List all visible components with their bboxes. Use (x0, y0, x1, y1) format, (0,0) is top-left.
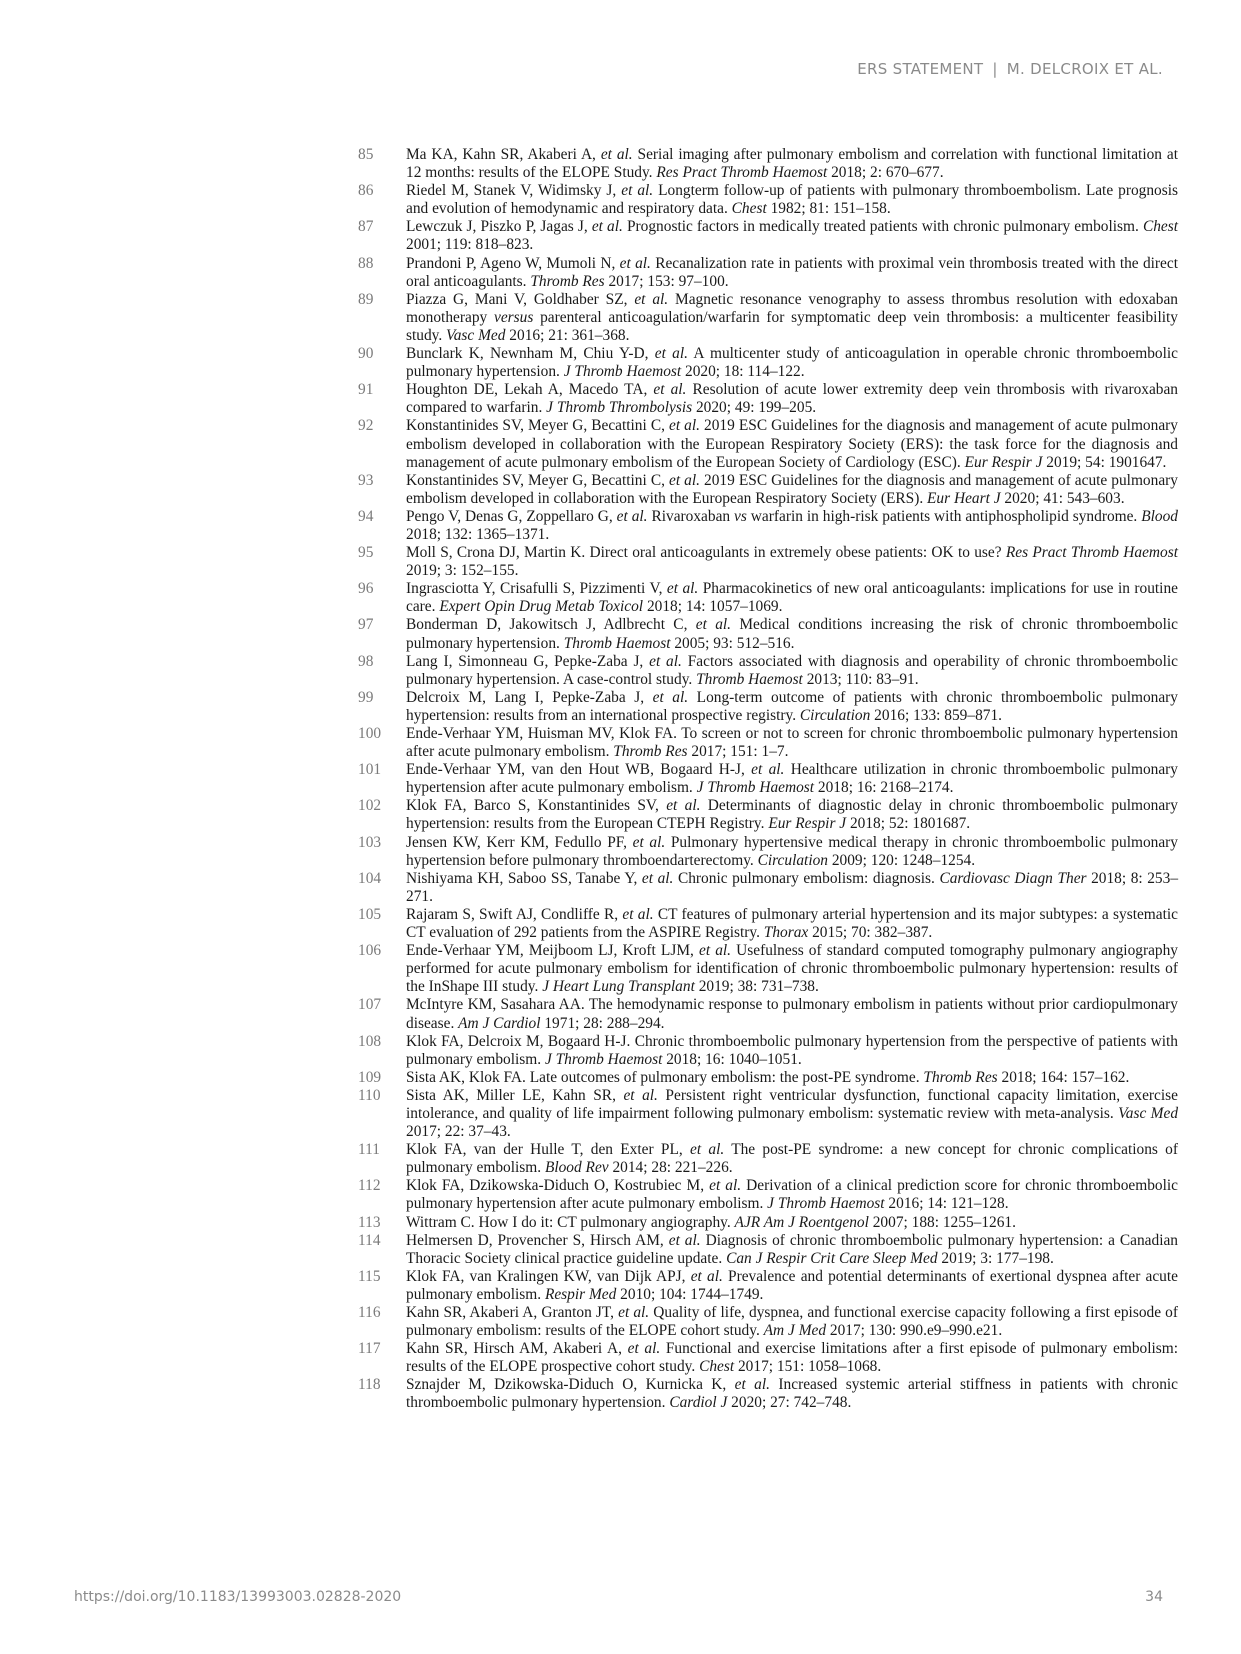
reference-item: 97Bonderman D, Jakowitsch J, Adlbrecht C… (358, 616, 1178, 652)
reference-number: 87 (358, 218, 406, 254)
reference-authors: Pengo V, Denas G, Zoppellaro G, (406, 508, 617, 525)
reference-text: Piazza G, Mani V, Goldhaber SZ, et al. M… (406, 291, 1178, 345)
reference-etal: et al. (620, 255, 651, 272)
reference-journal: J Thromb Thrombolysis (546, 399, 692, 416)
reference-text: Lewczuk J, Piszko P, Jagas J, et al. Pro… (406, 218, 1178, 254)
reference-item: 94Pengo V, Denas G, Zoppellaro G, et al.… (358, 508, 1178, 544)
reference-journal: J Heart Lung Transplant (542, 978, 695, 995)
reference-text: Pengo V, Denas G, Zoppellaro G, et al. R… (406, 508, 1178, 544)
reference-item: 116Kahn SR, Akaberi A, Granton JT, et al… (358, 1304, 1178, 1340)
reference-journal: Can J Respir Crit Care Sleep Med (726, 1250, 937, 1267)
reference-item: 117Kahn SR, Hirsch AM, Akaberi A, et al.… (358, 1340, 1178, 1376)
reference-citation: 2010; 104: 1744–1749. (616, 1286, 763, 1303)
reference-journal: Cardiovasc Diagn Ther (939, 870, 1086, 887)
reference-citation: 2018; 52: 1801687. (846, 815, 970, 832)
reference-number: 115 (358, 1268, 406, 1304)
reference-citation: 2018; 14: 1057–1069. (643, 598, 782, 615)
reference-text: Klok FA, van der Hulle T, den Exter PL, … (406, 1141, 1178, 1177)
reference-citation: 2013; 110: 83–91. (803, 671, 919, 688)
reference-number: 106 (358, 942, 406, 996)
reference-text: Prandoni P, Ageno W, Mumoli N, et al. Re… (406, 255, 1178, 291)
doi-link[interactable]: https://doi.org/10.1183/13993003.02828-2… (74, 1589, 401, 1605)
reference-etal: et al. (751, 761, 784, 778)
reference-authors: Sista AK, Klok FA. (406, 1069, 526, 1086)
reference-number: 99 (358, 689, 406, 725)
reference-authors: Klok FA, van der Hulle T, den Exter PL, (406, 1141, 690, 1158)
reference-text: Nishiyama KH, Saboo SS, Tanabe Y, et al.… (406, 870, 1178, 906)
reference-citation: 2005; 93: 512–516. (670, 635, 794, 652)
reference-item: 101Ende-Verhaar YM, van den Hout WB, Bog… (358, 761, 1178, 797)
reference-journal: J Thromb Haemost (564, 363, 681, 380)
reference-item: 86Riedel M, Stanek V, Widimsky J, et al.… (358, 182, 1178, 218)
reference-citation: 2014; 28: 221–226. (609, 1159, 733, 1176)
reference-text: Jensen KW, Kerr KM, Fedullo PF, et al. P… (406, 834, 1178, 870)
reference-journal: Eur Heart J (927, 490, 1001, 507)
reference-number: 86 (358, 182, 406, 218)
reference-title-cont: warfarin in high-risk patients with anti… (747, 508, 1141, 525)
reference-authors: Wittram C. (406, 1214, 475, 1231)
reference-text: Ingrasciotta Y, Crisafulli S, Pizzimenti… (406, 580, 1178, 616)
reference-citation: 2018; 16: 1040–1051. (662, 1051, 801, 1068)
reference-text: Sznajder M, Dzikowska-Diduch O, Kurnicka… (406, 1376, 1178, 1412)
reference-text: Moll S, Crona DJ, Martin K. Direct oral … (406, 544, 1178, 580)
reference-number: 114 (358, 1232, 406, 1268)
reference-etal: et al. (617, 508, 648, 525)
reference-text: Rajaram S, Swift AJ, Condliffe R, et al.… (406, 906, 1178, 942)
reference-authors: Riedel M, Stanek V, Widimsky J, (406, 182, 621, 199)
reference-citation: 2018; 164: 157–162. (998, 1069, 1130, 1086)
reference-text: Kahn SR, Hirsch AM, Akaberi A, et al. Fu… (406, 1340, 1178, 1376)
reference-number: 113 (358, 1214, 406, 1232)
reference-journal: Res Pract Thromb Haemost (656, 164, 827, 181)
reference-text: Ende-Verhaar YM, Huisman MV, Klok FA. To… (406, 725, 1178, 761)
reference-text: Riedel M, Stanek V, Widimsky J, et al. L… (406, 182, 1178, 218)
reference-text: Helmersen D, Provencher S, Hirsch AM, et… (406, 1232, 1178, 1268)
reference-authors: Helmersen D, Provencher S, Hirsch AM, (406, 1232, 669, 1249)
reference-etal: et al. (669, 417, 700, 434)
reference-number: 103 (358, 834, 406, 870)
reference-citation: 2018; 16: 2168–2174. (814, 779, 953, 796)
reference-title-italic: versus (494, 309, 533, 326)
reference-authors: Prandoni P, Ageno W, Mumoli N, (406, 255, 620, 272)
running-head-section: ERS STATEMENT (857, 60, 983, 78)
reference-authors: Ende-Verhaar YM, Huisman MV, Klok FA. (406, 725, 677, 742)
reference-authors: Klok FA, van Kralingen KW, van Dijk APJ, (406, 1268, 691, 1285)
reference-item: 105Rajaram S, Swift AJ, Condliffe R, et … (358, 906, 1178, 942)
reference-item: 96Ingrasciotta Y, Crisafulli S, Pizzimen… (358, 580, 1178, 616)
reference-number: 89 (358, 291, 406, 345)
reference-authors: Konstantinides SV, Meyer G, Becattini C, (406, 417, 669, 434)
reference-text: Konstantinides SV, Meyer G, Becattini C,… (406, 472, 1178, 508)
reference-item: 92Konstantinides SV, Meyer G, Becattini … (358, 417, 1178, 471)
reference-citation: 2020; 41: 543–603. (1001, 490, 1125, 507)
reference-citation: 2016; 21: 361–368. (505, 327, 629, 344)
reference-authors: Konstantinides SV, Meyer G, Becattini C, (406, 472, 669, 489)
reference-etal: et al. (669, 1232, 701, 1249)
reference-journal: Expert Opin Drug Metab Toxicol (439, 598, 643, 615)
reference-citation: 2017; 151: 1–7. (688, 743, 789, 760)
reference-number: 111 (358, 1141, 406, 1177)
reference-citation: 2019; 3: 152–155. (406, 562, 518, 579)
reference-citation: 2009; 120: 1248–1254. (828, 852, 975, 869)
reference-journal: Thorax (764, 924, 808, 941)
reference-number: 94 (358, 508, 406, 544)
reference-title: Prognostic factors in medically treated … (623, 218, 1143, 235)
reference-journal: Vasc Med (446, 327, 505, 344)
reference-etal: et al. (666, 797, 700, 814)
reference-item: 108Klok FA, Delcroix M, Bogaard H-J. Chr… (358, 1033, 1178, 1069)
reference-etal: et al. (621, 182, 653, 199)
reference-journal: Thromb Res (530, 273, 604, 290)
reference-citation: 2017; 130: 990.e9–990.e21. (826, 1322, 1002, 1339)
reference-etal: et al. (628, 1340, 661, 1357)
reference-authors: Sista AK, Miller LE, Kahn SR, (406, 1087, 623, 1104)
reference-text: Bonderman D, Jakowitsch J, Adlbrecht C, … (406, 616, 1178, 652)
reference-number: 116 (358, 1304, 406, 1340)
running-head: ERS STATEMENT|M. DELCROIX ET AL. (857, 60, 1163, 78)
reference-item: 89Piazza G, Mani V, Goldhaber SZ, et al.… (358, 291, 1178, 345)
reference-number: 108 (358, 1033, 406, 1069)
reference-journal: Chest (732, 200, 767, 217)
reference-item: 103Jensen KW, Kerr KM, Fedullo PF, et al… (358, 834, 1178, 870)
reference-text: Wittram C. How I do it: CT pulmonary ang… (406, 1214, 1178, 1232)
reference-title: Chronic pulmonary embolism: diagnosis. (673, 870, 939, 887)
reference-number: 117 (358, 1340, 406, 1376)
reference-authors: McIntyre KM, Sasahara AA. (406, 996, 585, 1013)
reference-etal: et al. (709, 1177, 741, 1194)
reference-journal: Thromb Res (613, 743, 687, 760)
reference-etal: et al. (653, 381, 686, 398)
reference-etal: et al. (649, 653, 682, 670)
reference-authors: Ende-Verhaar YM, Meijboom LJ, Kroft LJM, (406, 942, 699, 959)
reference-authors: Ingrasciotta Y, Crisafulli S, Pizzimenti… (406, 580, 667, 597)
reference-journal: Circulation (758, 852, 828, 869)
reference-text: Ma KA, Kahn SR, Akaberi A, et al. Serial… (406, 146, 1178, 182)
reference-authors: Lang I, Simonneau G, Pepke-Zaba J, (406, 653, 649, 670)
reference-citation: 2020; 18: 114–122. (681, 363, 804, 380)
reference-journal: Thromb Haemost (696, 671, 803, 688)
reference-number: 105 (358, 906, 406, 942)
reference-number: 100 (358, 725, 406, 761)
reference-journal: Eur Respir J (965, 454, 1043, 471)
reference-text: Sista AK, Klok FA. Late outcomes of pulm… (406, 1069, 1178, 1087)
reference-journal: J Thromb Haemost (545, 1051, 662, 1068)
reference-citation: 1971; 28: 288–294. (541, 1015, 665, 1032)
reference-citation: 2019; 3: 177–198. (938, 1250, 1054, 1267)
reference-item: 115Klok FA, van Kralingen KW, van Dijk A… (358, 1268, 1178, 1304)
reference-text: Klok FA, Dzikowska-Diduch O, Kostrubiec … (406, 1177, 1178, 1213)
reference-title: Late outcomes of pulmonary embolism: the… (526, 1069, 924, 1086)
reference-etal: et al. (655, 345, 688, 362)
reference-etal: et al. (623, 1087, 657, 1104)
reference-number: 93 (358, 472, 406, 508)
reference-citation: 2017; 153: 97–100. (605, 273, 729, 290)
reference-citation: 2017; 22: 37–43. (406, 1123, 511, 1140)
reference-etal: et al. (633, 834, 666, 851)
reference-journal: Res Pract Thromb Haemost (1006, 544, 1178, 561)
reference-citation: 2015; 70: 382–387. (808, 924, 932, 941)
reference-citation: 2016; 14: 121–128. (885, 1195, 1009, 1212)
reference-journal: Am J Cardiol (458, 1015, 540, 1032)
reference-journal: Thromb Haemost (564, 635, 671, 652)
reference-item: 95Moll S, Crona DJ, Martin K. Direct ora… (358, 544, 1178, 580)
reference-citation: 1982; 81: 151–158. (767, 200, 891, 217)
reference-journal: Blood (1141, 508, 1178, 525)
reference-item: 87Lewczuk J, Piszko P, Jagas J, et al. P… (358, 218, 1178, 254)
reference-item: 114Helmersen D, Provencher S, Hirsch AM,… (358, 1232, 1178, 1268)
reference-citation: 2020; 49: 199–205. (692, 399, 816, 416)
reference-journal: Blood Rev (545, 1159, 609, 1176)
reference-item: 110Sista AK, Miller LE, Kahn SR, et al. … (358, 1087, 1178, 1141)
reference-etal: et al. (691, 1268, 723, 1285)
reference-authors: Lewczuk J, Piszko P, Jagas J, (406, 218, 592, 235)
reference-number: 104 (358, 870, 406, 906)
reference-etal: et al. (601, 146, 633, 163)
reference-text: Ende-Verhaar YM, van den Hout WB, Bogaar… (406, 761, 1178, 797)
reference-text: Konstantinides SV, Meyer G, Becattini C,… (406, 417, 1178, 471)
reference-citation: 2016; 133: 859–871. (870, 707, 1002, 724)
reference-etal: et al. (667, 580, 698, 597)
reference-authors: Kahn SR, Akaberi A, Granton JT, (406, 1304, 618, 1321)
reference-title: Direct oral anticoagulants in extremely … (585, 544, 1006, 561)
reference-number: 102 (358, 797, 406, 833)
reference-etal: et al. (642, 870, 674, 887)
reference-number: 91 (358, 381, 406, 417)
reference-text: Klok FA, Delcroix M, Bogaard H-J. Chroni… (406, 1033, 1178, 1069)
reference-item: 106Ende-Verhaar YM, Meijboom LJ, Kroft L… (358, 942, 1178, 996)
reference-etal: et al. (735, 1376, 770, 1393)
reference-item: 104Nishiyama KH, Saboo SS, Tanabe Y, et … (358, 870, 1178, 906)
reference-authors: Nishiyama KH, Saboo SS, Tanabe Y, (406, 870, 642, 887)
reference-authors: Ende-Verhaar YM, van den Hout WB, Bogaar… (406, 761, 751, 778)
reference-citation: 2018; 132: 1365–1371. (406, 526, 549, 543)
reference-journal: Cardiol J (669, 1394, 727, 1411)
reference-authors: Bunclark K, Newnham M, Chiu Y-D, (406, 345, 655, 362)
reference-journal: Chest (699, 1358, 734, 1375)
reference-journal: J Thromb Haemost (767, 1195, 884, 1212)
reference-authors: Kahn SR, Hirsch AM, Akaberi A, (406, 1340, 628, 1357)
reference-text: Bunclark K, Newnham M, Chiu Y-D, et al. … (406, 345, 1178, 381)
reference-item: 118Sznajder M, Dzikowska-Diduch O, Kurni… (358, 1376, 1178, 1412)
reference-authors: Klok FA, Barco S, Konstantinides SV, (406, 797, 666, 814)
reference-item: 111Klok FA, van der Hulle T, den Exter P… (358, 1141, 1178, 1177)
reference-number: 95 (358, 544, 406, 580)
reference-authors: Ma KA, Kahn SR, Akaberi A, (406, 146, 601, 163)
reference-number: 112 (358, 1177, 406, 1213)
reference-item: 93Konstantinides SV, Meyer G, Becattini … (358, 472, 1178, 508)
reference-authors: Sznajder M, Dzikowska-Diduch O, Kurnicka… (406, 1376, 735, 1393)
running-head-separator: | (992, 60, 997, 78)
reference-number: 107 (358, 996, 406, 1032)
reference-journal: Chest (1143, 218, 1178, 235)
reference-text: Klok FA, van Kralingen KW, van Dijk APJ,… (406, 1268, 1178, 1304)
reference-journal: Vasc Med (1118, 1105, 1178, 1122)
reference-title: How I do it: CT pulmonary angiography. (475, 1214, 735, 1231)
reference-item: 113Wittram C. How I do it: CT pulmonary … (358, 1214, 1178, 1232)
reference-journal: Respir Med (545, 1286, 616, 1303)
reference-journal: AJR Am J Roentgenol (735, 1214, 869, 1231)
page-number: 34 (1145, 1589, 1163, 1605)
reference-title: Rivaroxaban (648, 508, 735, 525)
reference-etal: et al. (622, 906, 653, 923)
reference-item: 102Klok FA, Barco S, Konstantinides SV, … (358, 797, 1178, 833)
reference-item: 109Sista AK, Klok FA. Late outcomes of p… (358, 1069, 1178, 1087)
reference-citation: 2019; 38: 731–738. (695, 978, 819, 995)
reference-number: 92 (358, 417, 406, 471)
reference-text: Klok FA, Barco S, Konstantinides SV, et … (406, 797, 1178, 833)
reference-etal: et al. (699, 942, 731, 959)
reference-number: 88 (358, 255, 406, 291)
reference-authors: Rajaram S, Swift AJ, Condliffe R, (406, 906, 622, 923)
reference-citation: 2020; 27: 742–748. (727, 1394, 851, 1411)
reference-text: Delcroix M, Lang I, Pepke-Zaba J, et al.… (406, 689, 1178, 725)
reference-authors: Klok FA, Dzikowska-Diduch O, Kostrubiec … (406, 1177, 709, 1194)
reference-number: 98 (358, 653, 406, 689)
reference-etal: et al. (696, 616, 731, 633)
reference-journal: Am J Med (764, 1322, 826, 1339)
reference-authors: Houghton DE, Lekah A, Macedo TA, (406, 381, 653, 398)
reference-text: Lang I, Simonneau G, Pepke-Zaba J, et al… (406, 653, 1178, 689)
reference-text: Kahn SR, Akaberi A, Granton JT, et al. Q… (406, 1304, 1178, 1340)
reference-number: 97 (358, 616, 406, 652)
reference-authors: Delcroix M, Lang I, Pepke-Zaba J, (406, 689, 653, 706)
reference-citation: 2018; 2: 670–677. (827, 164, 943, 181)
reference-number: 118 (358, 1376, 406, 1412)
reference-title-italic: vs (734, 508, 747, 525)
reference-number: 110 (358, 1087, 406, 1141)
reference-etal: et al. (690, 1141, 724, 1158)
reference-list: 85Ma KA, Kahn SR, Akaberi A, et al. Seri… (358, 146, 1178, 1413)
reference-etal: et al. (634, 291, 668, 308)
reference-etal: et al. (592, 218, 623, 235)
reference-journal: Eur Respir J (768, 815, 846, 832)
reference-authors: Jensen KW, Kerr KM, Fedullo PF, (406, 834, 633, 851)
reference-number: 109 (358, 1069, 406, 1087)
reference-citation: 2019; 54: 1901647. (1042, 454, 1166, 471)
reference-item: 90Bunclark K, Newnham M, Chiu Y-D, et al… (358, 345, 1178, 381)
reference-text: Ende-Verhaar YM, Meijboom LJ, Kroft LJM,… (406, 942, 1178, 996)
reference-item: 88Prandoni P, Ageno W, Mumoli N, et al. … (358, 255, 1178, 291)
reference-item: 85Ma KA, Kahn SR, Akaberi A, et al. Seri… (358, 146, 1178, 182)
reference-citation: 2017; 151: 1058–1068. (734, 1358, 881, 1375)
reference-authors: Klok FA, Delcroix M, Bogaard H-J. (406, 1033, 630, 1050)
reference-authors: Bonderman D, Jakowitsch J, Adlbrecht C, (406, 616, 696, 633)
reference-number: 85 (358, 146, 406, 182)
reference-item: 107McIntyre KM, Sasahara AA. The hemodyn… (358, 996, 1178, 1032)
reference-etal: et al. (653, 689, 688, 706)
reference-text: Sista AK, Miller LE, Kahn SR, et al. Per… (406, 1087, 1178, 1141)
reference-citation: 2001; 119: 818–823. (406, 236, 533, 253)
reference-text: Houghton DE, Lekah A, Macedo TA, et al. … (406, 381, 1178, 417)
reference-text: McIntyre KM, Sasahara AA. The hemodynami… (406, 996, 1178, 1032)
reference-journal: Thromb Res (923, 1069, 997, 1086)
reference-etal: et al. (618, 1304, 649, 1321)
reference-journal: J Thromb Haemost (697, 779, 814, 796)
reference-item: 112Klok FA, Dzikowska-Diduch O, Kostrubi… (358, 1177, 1178, 1213)
reference-item: 100Ende-Verhaar YM, Huisman MV, Klok FA.… (358, 725, 1178, 761)
running-head-authors: M. DELCROIX ET AL. (1007, 60, 1163, 78)
reference-item: 98Lang I, Simonneau G, Pepke-Zaba J, et … (358, 653, 1178, 689)
reference-number: 90 (358, 345, 406, 381)
reference-etal: et al. (669, 472, 700, 489)
reference-journal: Circulation (800, 707, 870, 724)
reference-authors: Piazza G, Mani V, Goldhaber SZ, (406, 291, 634, 308)
reference-citation: 2007; 188: 1255–1261. (869, 1214, 1016, 1231)
reference-item: 91Houghton DE, Lekah A, Macedo TA, et al… (358, 381, 1178, 417)
reference-item: 99Delcroix M, Lang I, Pepke-Zaba J, et a… (358, 689, 1178, 725)
reference-number: 101 (358, 761, 406, 797)
reference-number: 96 (358, 580, 406, 616)
reference-authors: Moll S, Crona DJ, Martin K. (406, 544, 585, 561)
